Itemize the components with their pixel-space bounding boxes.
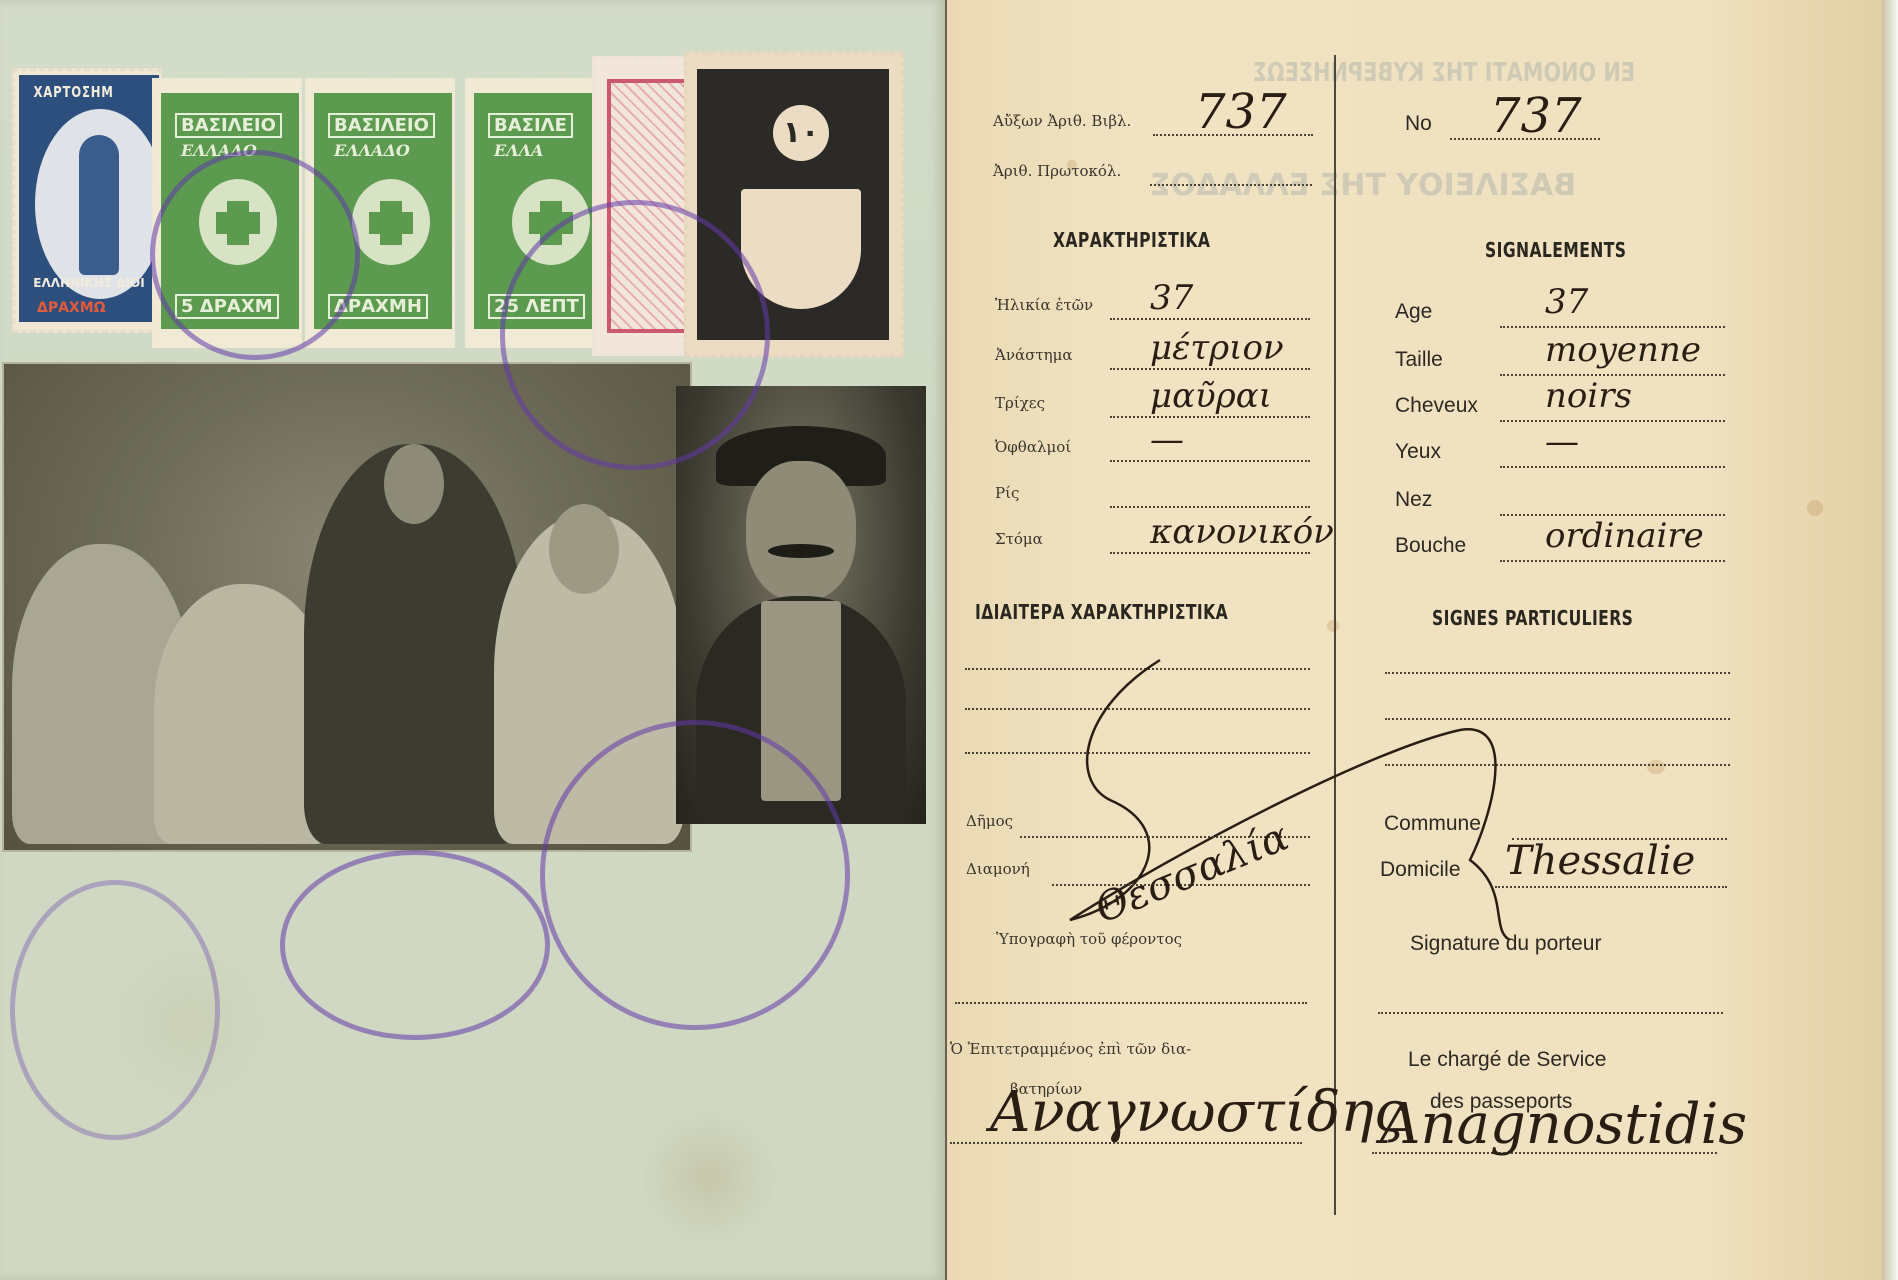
dotted-line — [1110, 460, 1310, 462]
no-value: 737 — [1490, 88, 1582, 144]
field-label-fr: Bouche — [1395, 534, 1466, 558]
stamp-header: ΒΑΣΙΛΕΙΟ — [328, 113, 435, 138]
dotted-line — [1500, 466, 1725, 468]
officer-label-gr-1: Ὁ Ἐπιτετραμμένος ἐπὶ τῶν δια- — [950, 1040, 1191, 1058]
field-label-fr: Taille — [1395, 348, 1443, 372]
commune-label-fr: Commune — [1384, 812, 1481, 836]
field-label-gr: Ὀφθαλμοί — [995, 438, 1071, 456]
field-label-fr: Nez — [1395, 488, 1432, 512]
field-value-gr: — — [1150, 420, 1184, 460]
bearer-signature-line — [955, 1002, 1307, 1004]
officer-signature-gr: Αναγνωστίδης — [990, 1080, 1405, 1145]
postmark — [280, 850, 550, 1040]
postmark — [540, 720, 850, 1030]
dotted-line — [1110, 506, 1310, 508]
dotted-line — [1500, 326, 1725, 328]
column-divider — [1334, 55, 1336, 1215]
field-label-gr: Τρίχες — [995, 394, 1045, 412]
stamp-subheader: ΕΛΛΑΔΟ — [334, 141, 410, 160]
postmark — [500, 200, 770, 470]
dotted-line — [1110, 318, 1310, 320]
field-label-fr: Cheveux — [1395, 394, 1478, 418]
field-value-gr: μαῦραι — [1150, 376, 1272, 416]
bearer-signature-label-fr: Signature du porteur — [1410, 932, 1601, 956]
field-value-gr: μέτριον — [1150, 328, 1284, 368]
dotted-line — [1150, 184, 1312, 186]
postmark — [150, 150, 360, 360]
stamp-header: ΒΑΣΙΛΕ — [488, 113, 573, 138]
dotted-line — [1110, 416, 1310, 418]
stamp-header: ΒΑΣΙΛΕΙΟ — [175, 113, 282, 138]
field-value-gr: 37 — [1150, 278, 1193, 318]
domicile-label-gr: Διαμονή — [966, 860, 1030, 878]
section-header-gr: ΧΑΡΑΚΤΗΡΙΣΤΙΚΑ — [1053, 228, 1210, 252]
field-value-fr: moyenne — [1545, 330, 1701, 370]
domicile-value-fr: Thessalie — [1505, 838, 1695, 884]
special-header-gr: ΙΔΙΑΙΤΕΡΑ ΧΑΡΑΚΤΗΡΙΣΤΙΚΑ — [975, 600, 1228, 624]
dotted-line — [1110, 552, 1310, 554]
field-label-fr: Yeux — [1395, 440, 1441, 464]
cross-icon — [380, 201, 402, 245]
commune-label-gr: Δῆμος — [966, 812, 1013, 830]
bearer-signature-label-gr: Ὑπογραφὴ τοῦ φέροντος — [996, 930, 1182, 948]
dotted-line — [1495, 886, 1727, 888]
postmark — [10, 880, 220, 1140]
field-label-gr: Ἀνάστημα — [995, 346, 1072, 364]
protocol-label: Ἀριθ. Πρωτοκόλ. — [993, 162, 1121, 180]
stamp-subheader: ΕΛΛΑ — [494, 141, 543, 160]
officer-label-fr-1: Le chargé de Service — [1408, 1048, 1606, 1072]
blue-revenue-stamp: ΧΑΡΤΟΣΗΜ ΕΛΛΗΝΙΚΗΣ ΔΙΟΙ ΔΡΑΧΜΩ — [12, 68, 162, 333]
dotted-line — [1500, 560, 1725, 562]
angel-icon — [79, 135, 119, 275]
officer-signature-fr: Anagnostidis — [1380, 1092, 1747, 1157]
no-label: No — [1405, 112, 1432, 136]
serial-label: Αὔξων Ἀριθ. Βιβλ. — [993, 112, 1131, 130]
left-page: ΧΑΡΤΟΣΗΜ ΕΛΛΗΝΙΚΗΣ ΔΙΟΙ ΔΡΑΧΜΩ ΒΑΣΙΛΕΙΟ … — [0, 0, 945, 1280]
ghost-header: ΕΝ ΟΝΟΜΑΤΙ ΤΗΣ ΚΥΒΕΡΝΗΣΕΩΣ — [1253, 58, 1635, 88]
field-label-gr: Ἡλικία ἐτῶν — [995, 296, 1093, 314]
stamp-value: ١٠ — [773, 105, 829, 161]
serial-value: 737 — [1195, 84, 1287, 140]
field-label-fr: Age — [1395, 300, 1432, 324]
field-value-fr: 37 — [1545, 282, 1588, 322]
field-value-fr: ordinaire — [1545, 516, 1704, 556]
field-value-gr: κανονικόν — [1150, 512, 1334, 552]
dotted-line — [1500, 420, 1725, 422]
stamp-value: ΔΡΑΧΜΩ — [37, 300, 159, 316]
special-header-fr: SIGNES PARTICULIERS — [1432, 606, 1633, 630]
section-header-fr: SIGNALEMENTS — [1485, 238, 1626, 262]
bearer-signature-line — [1378, 1012, 1723, 1014]
dotted-line — [1110, 368, 1310, 370]
field-value-fr: noirs — [1545, 376, 1632, 416]
field-label-gr: Στόμα — [995, 530, 1043, 548]
field-value-fr: — — [1545, 422, 1579, 462]
field-label-gr: Ρίς — [995, 484, 1019, 502]
stamp-header: ΧΑΡΤΟΣΗΜ — [19, 83, 128, 101]
domicile-label-fr: Domicile — [1380, 858, 1461, 882]
stamp-footer: ΕΛΛΗΝΙΚΗΣ ΔΙΟΙ — [19, 276, 159, 290]
